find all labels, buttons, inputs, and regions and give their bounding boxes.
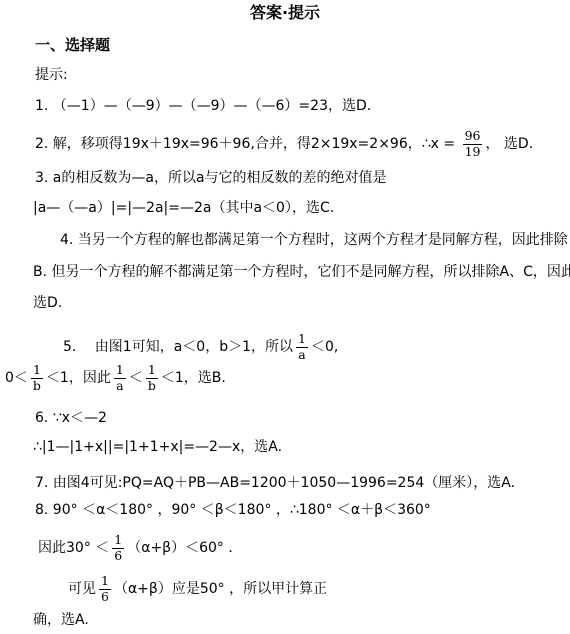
item-8-l2-pre: 因此30° ＜ (38, 540, 109, 557)
item-5-l2-seg-2: ＜1，因此 (46, 370, 111, 387)
item-8-l3-pre: 可见 (68, 581, 96, 598)
fraction-numerator: 1 (146, 363, 158, 377)
page-title: 答案·提示 (0, 4, 570, 21)
fraction-96-over-19: 96 19 (463, 129, 483, 159)
answer-item-4-line-2: B. 但另一个方程的解不都满足第一个方程时，它们不是同解方程，所以排除A、C，因… (33, 264, 570, 281)
fraction-1-over-b: 1 b (31, 363, 43, 393)
answer-item-8-line-4: 确，选A. (33, 612, 89, 629)
answer-item-8-line-1: 8. 90° ＜α＜180° ，90° ＜β＜180° ，∴180° ＜α＋β＜… (35, 502, 431, 519)
section-heading: 一、选择题 (35, 37, 110, 54)
fraction-denominator: 6 (112, 548, 124, 563)
answer-hints-page: 答案·提示 一、选择题 提示: 1. （—1）—（—9）—（—9）—（—6）=2… (0, 0, 570, 634)
item-8-l2-post: （α+β）＜60° ． (127, 540, 242, 557)
answer-item-6-line-1: 6. ∵x＜—2 (35, 410, 107, 427)
answer-item-1: 1. （—1）—（—9）—（—9）—（—6）=23，选D. (35, 98, 371, 115)
item-5-l2-seg-4: ＜1，选B. (161, 370, 226, 387)
fraction-numerator: 1 (296, 332, 308, 346)
fraction-denominator: b (31, 378, 43, 393)
fraction-denominator: 6 (99, 589, 111, 604)
answer-item-5-line-2: 0＜ 1 b ＜1，因此 1 a ＜ 1 b ＜1，选B. (5, 360, 226, 396)
item-2-text-post: ， 选D. (485, 136, 533, 153)
fraction-denominator: a (296, 347, 307, 362)
answer-item-3-line-1: 3. a的相反数为—a，所以a与它的相反数的差的绝对值是 (35, 170, 387, 187)
fraction-numerator: 1 (99, 574, 111, 588)
hint-label: 提示: (35, 67, 68, 84)
fraction-numerator: 1 (114, 363, 126, 377)
answer-item-7: 7. 由图4可见:PQ=AQ＋PB—AB=1200＋1050—1996=254（… (35, 475, 515, 492)
fraction-1-over-a: 1 a (296, 332, 308, 362)
item-5-text-pre: 5. 由图1可知，a＜0，b＞1，所以 (63, 339, 293, 356)
answer-item-8-line-3: 可见 1 6 （α+β）应是50° ，所以甲计算正 (68, 569, 327, 609)
fraction-denominator: 19 (463, 144, 483, 159)
item-5-text-post: ＜0, (311, 339, 338, 356)
fraction-1-over-6: 1 6 (99, 574, 111, 604)
answer-item-2: 2. 解，移项得19x＋19x=96＋96,合并，得2×19x=2×96，∴x … (35, 126, 533, 162)
fraction-numerator: 96 (463, 129, 483, 143)
item-8-l3-post: （α+β）应是50° ，所以甲计算正 (114, 581, 327, 598)
fraction-denominator: b (146, 378, 158, 393)
answer-item-4-line-1: 4. 当另一个方程的解也都满足第一个方程时，这两个方程才是同解方程，因此排除 (60, 232, 568, 249)
fraction-numerator: 1 (112, 533, 124, 547)
answer-item-8-line-2: 因此30° ＜ 1 6 （α+β）＜60° ． (38, 528, 242, 568)
fraction-numerator: 1 (31, 363, 43, 377)
fraction-1-over-6: 1 6 (112, 533, 124, 563)
fraction-1-over-b: 1 b (146, 363, 158, 393)
answer-item-4-line-3: 选D. (33, 295, 62, 312)
fraction-denominator: a (114, 378, 125, 393)
answer-item-6-line-2: ∴|1—|1+x||=|1+1+x|=—2—x，选A. (33, 439, 282, 456)
item-5-l2-seg-3: ＜ (129, 370, 143, 387)
item-2-text-pre: 2. 解，移项得19x＋19x=96＋96,合并，得2×19x=2×96，∴x … (35, 136, 460, 153)
answer-item-3-line-2: |a—（—a）|=|—2a|=—2a（其中a＜0），选C. (33, 200, 334, 217)
item-5-l2-seg-1: 0＜ (5, 370, 28, 387)
fraction-1-over-a: 1 a (114, 363, 126, 393)
